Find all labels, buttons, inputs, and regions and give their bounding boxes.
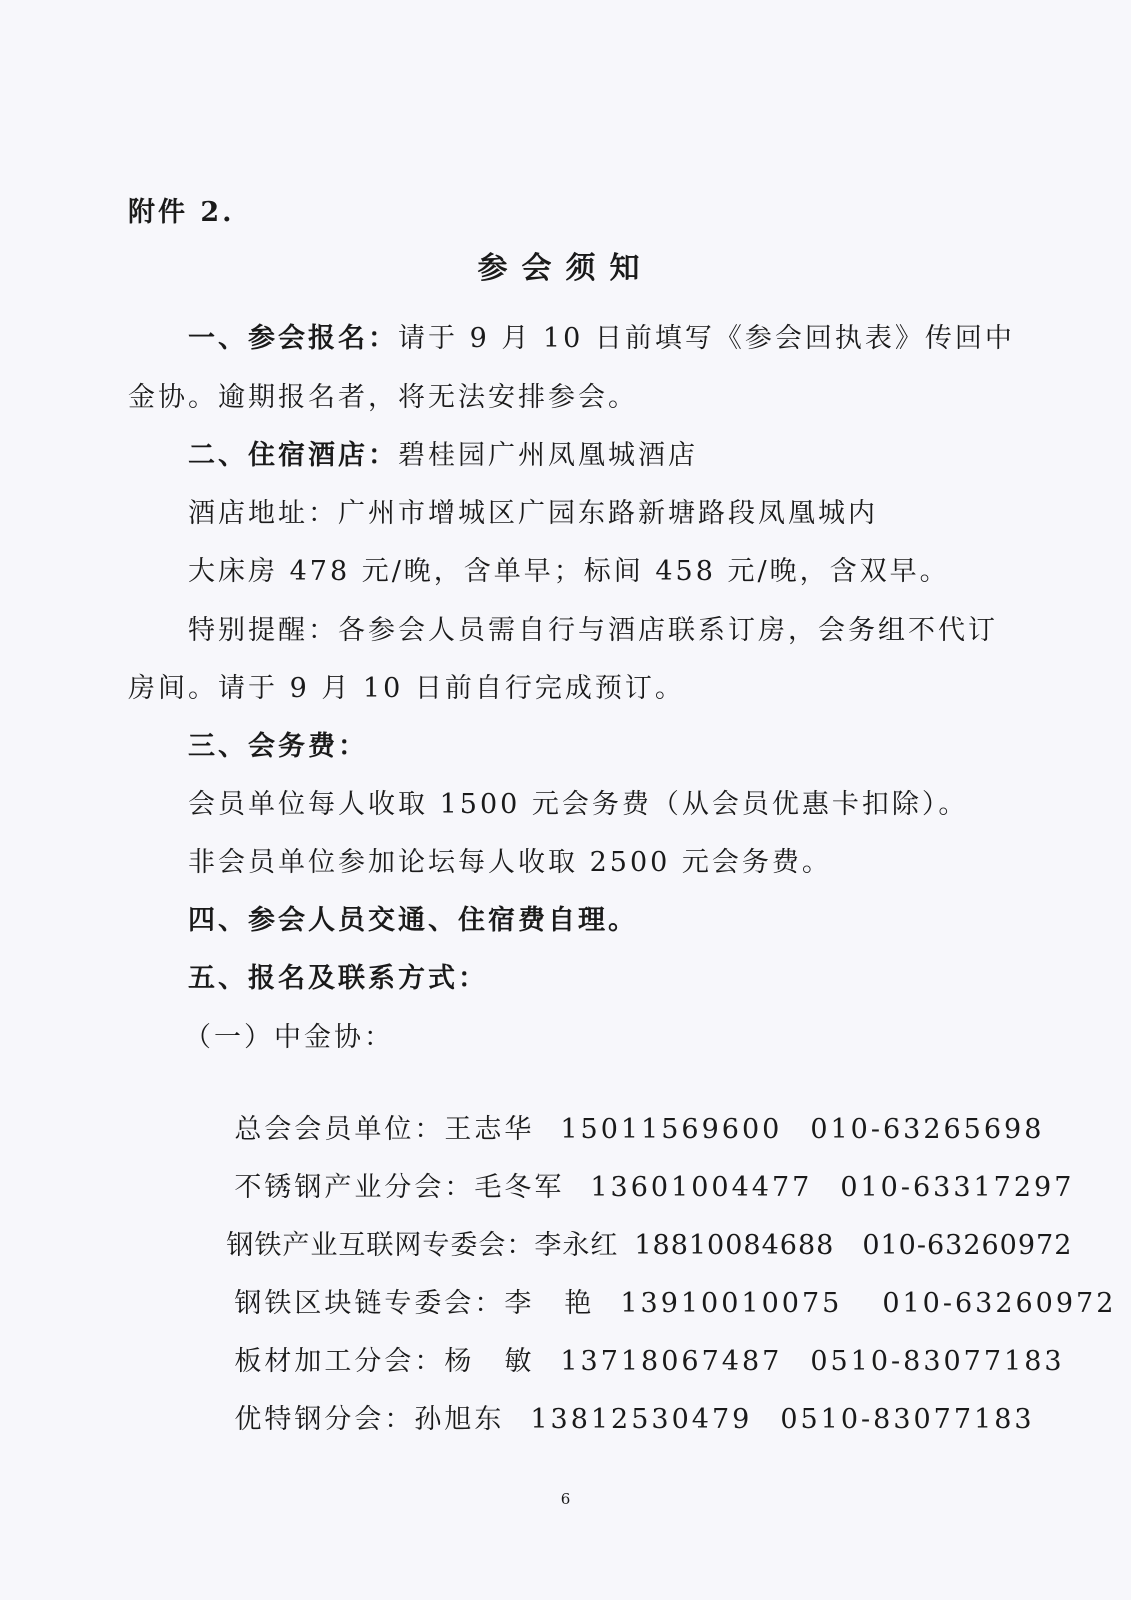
page-number: 6: [0, 1490, 1131, 1508]
booking-reminder-line-2: 房间。请于 9 月 10 日前自行完成预订。: [128, 672, 685, 706]
member-fee: 会员单位每人收取 1500 元会务费（从会员优惠卡扣除）。: [188, 788, 968, 822]
section-2-line: 二、住宿酒店：碧桂园广州凤凰城酒店: [188, 439, 698, 473]
contact-phone: 0510-83077183: [780, 1403, 1034, 1437]
contact-name: 孙旭东: [414, 1403, 504, 1437]
document-page: 附件 2. 参会须知 一、参会报名：请于 9 月 10 日前填写《参会回执表》传…: [0, 0, 1131, 1600]
section-5-subheading: （一）中金协：: [184, 1021, 394, 1055]
booking-reminder-line-1: 特别提醒：各参会人员需自行与酒店联系订房，会务组不代订: [188, 614, 998, 648]
hotel-address: 酒店地址：广州市增城区广园东路新塘路段凤凰城内: [188, 497, 878, 531]
section-2-heading: 二、住宿酒店：: [188, 440, 398, 471]
contact-row: 优特钢分会：孙旭东138125304790510-83077183: [188, 1369, 1035, 1471]
page-title: 参会须知: [0, 252, 1131, 286]
contact-mobile: 13812530479: [530, 1403, 752, 1437]
section-1-heading: 一、参会报名：: [188, 323, 398, 354]
section-1-text: 请于 9 月 10 日前填写《参会回执表》传回中: [398, 323, 1015, 354]
nonmember-fee: 非会员单位参加论坛每人收取 2500 元会务费。: [188, 846, 832, 880]
section-4-heading: 四、参会人员交通、住宿费自理。: [188, 904, 638, 938]
section-3-heading: 三、会务费：: [188, 730, 368, 764]
attachment-label: 附件 2.: [128, 196, 235, 230]
room-rates: 大床房 478 元/晚，含单早；标间 458 元/晚，含双早。: [188, 555, 950, 589]
contact-unit: 优特钢分会：: [234, 1403, 414, 1437]
hotel-name: 碧桂园广州凤凰城酒店: [398, 440, 698, 471]
section-1-line-1: 一、参会报名：请于 9 月 10 日前填写《参会回执表》传回中: [188, 322, 1015, 356]
section-1-line-2: 金协。逾期报名者，将无法安排参会。: [128, 381, 638, 415]
section-5-heading: 五、报名及联系方式：: [188, 962, 488, 996]
